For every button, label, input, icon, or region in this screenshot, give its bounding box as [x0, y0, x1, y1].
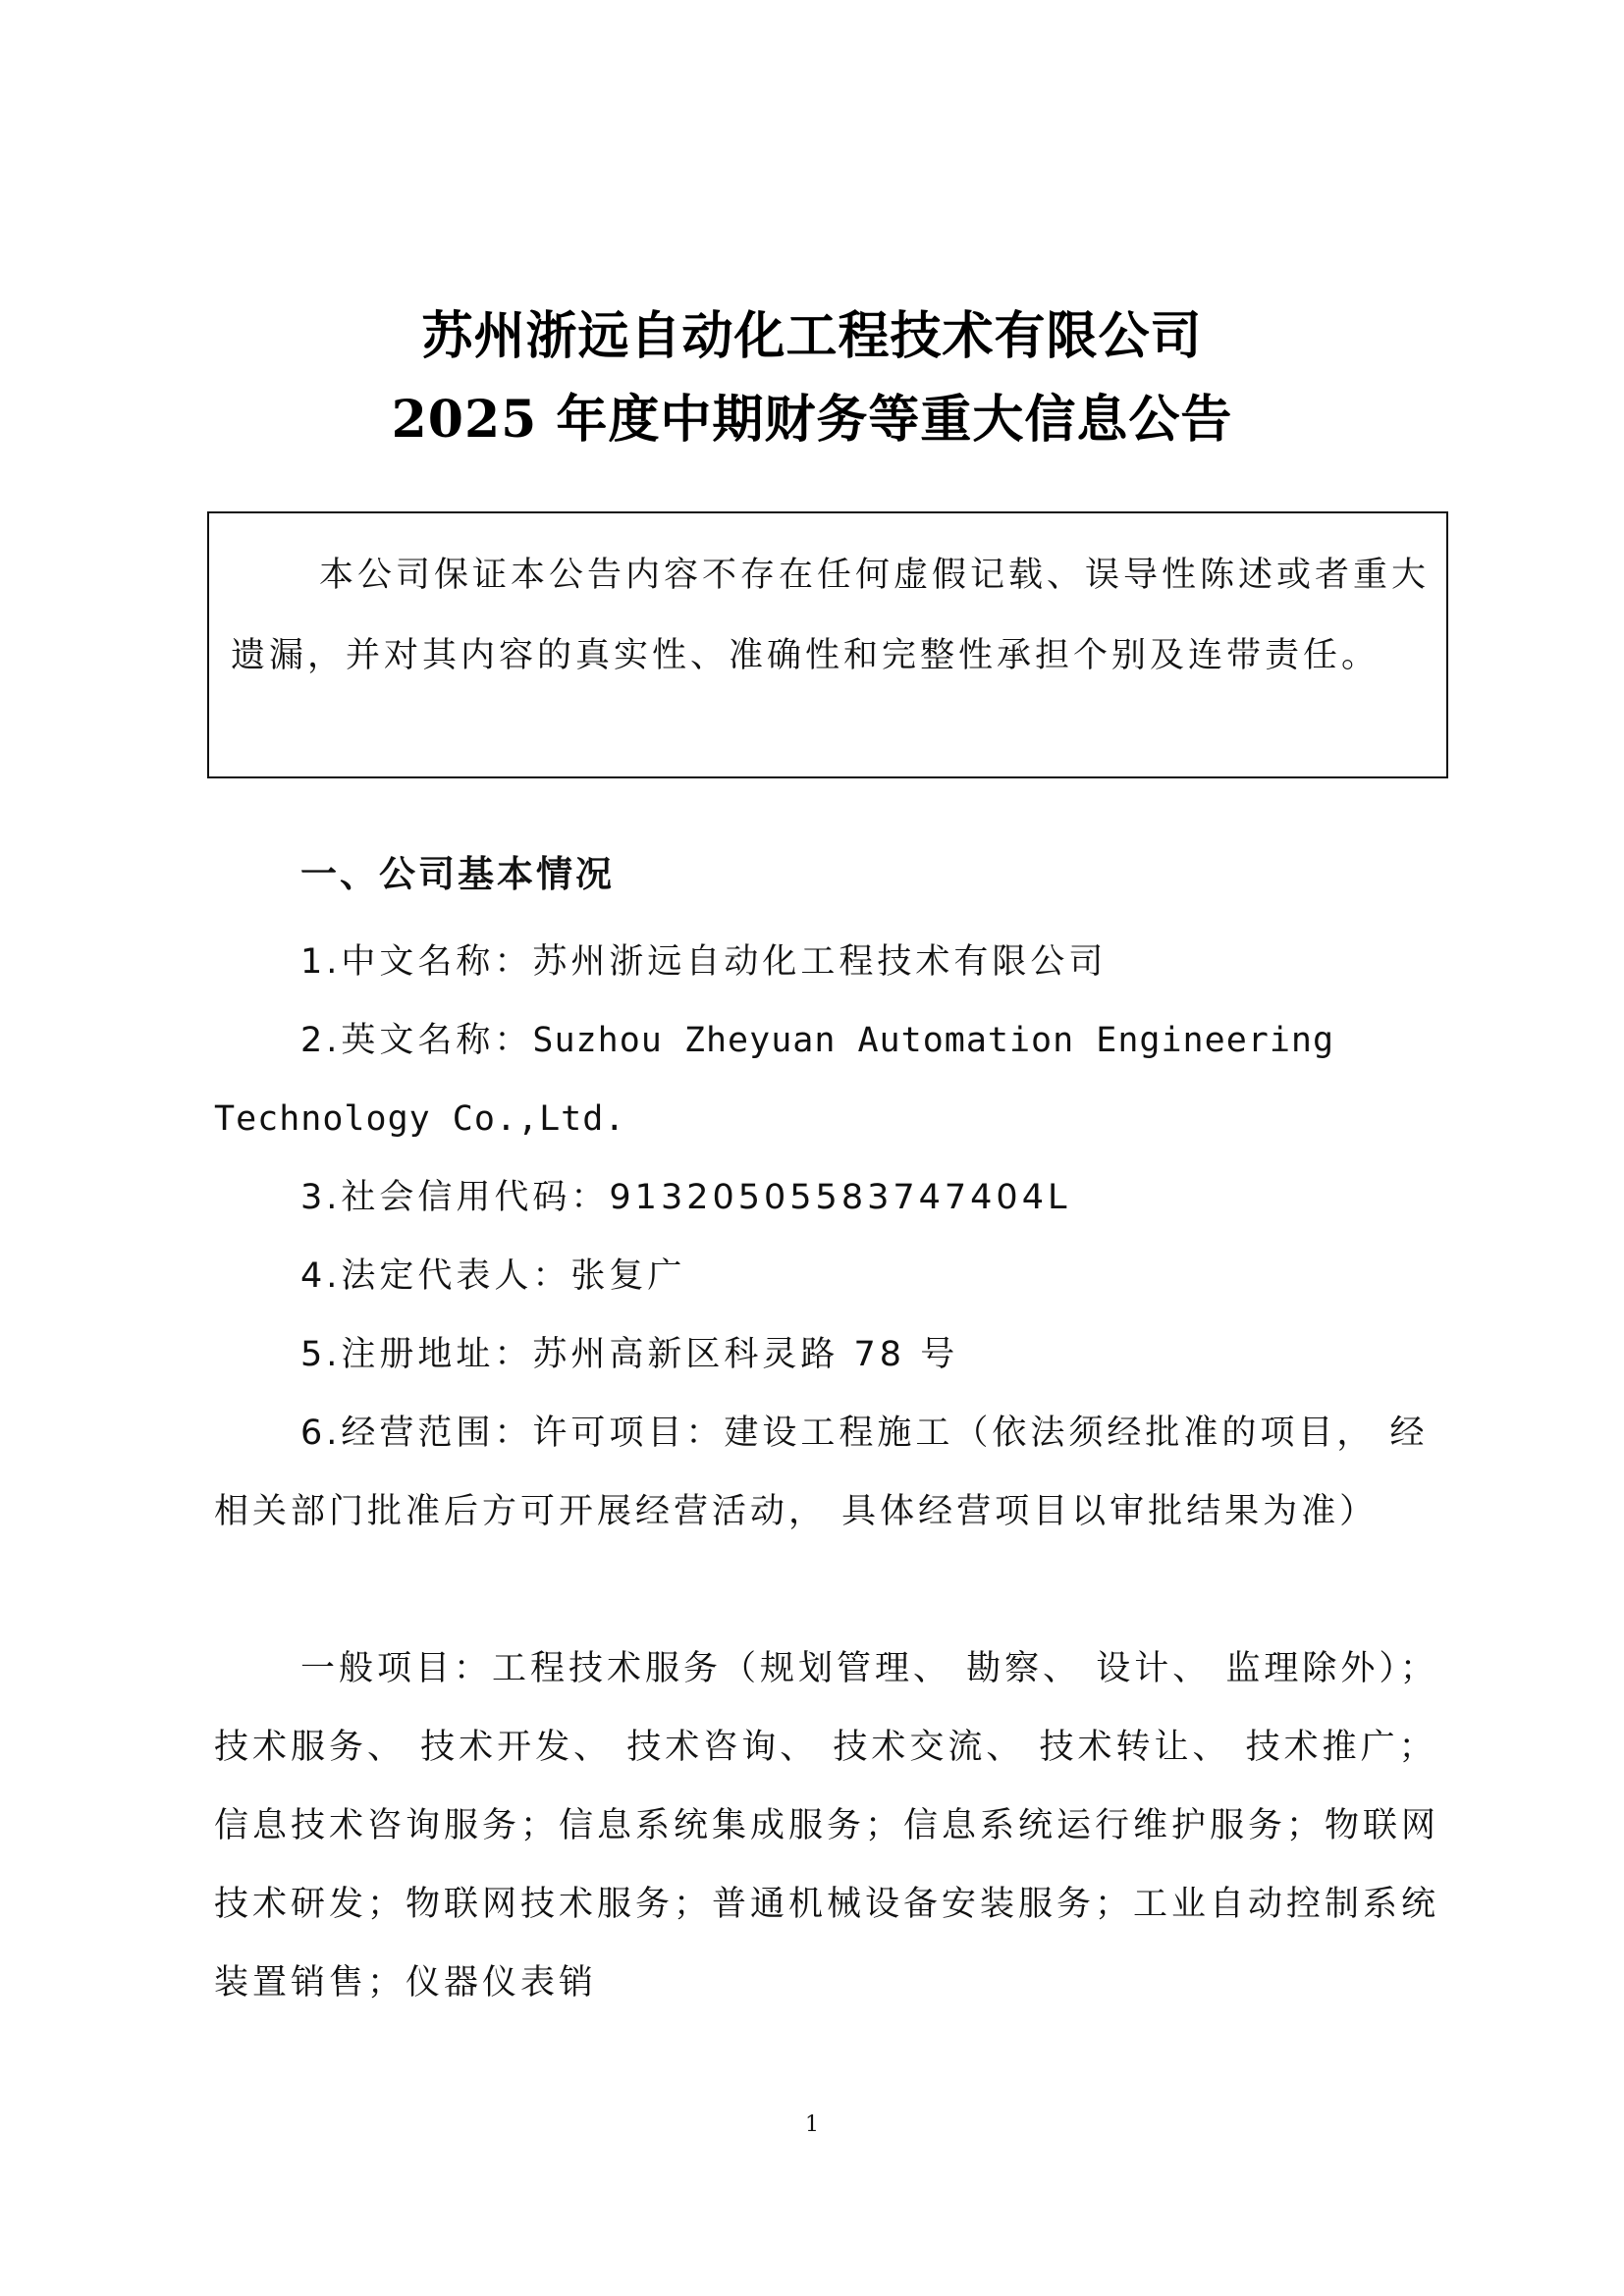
document-title-line2: 2025 年度中期财务等重大信息公告: [0, 378, 1624, 452]
section-heading-company-basics: 一、公司基本情况: [300, 844, 615, 897]
item-english-name: 2.英文名称：Suzhou Zheyuan Automation Enginee…: [214, 1001, 1453, 1158]
disclaimer-box: 本公司保证本公告内容不存在任何虚假记载、误导性陈述或者重大遗漏，并对其内容的真实…: [207, 511, 1448, 778]
item-general-scope: 一般项目：工程技术服务（规划管理、 勘察、 设计、 监理除外）；技术服务、 技术…: [214, 1629, 1453, 2022]
disclaimer-text: 本公司保证本公告内容不存在任何虚假记载、误导性陈述或者重大遗漏，并对其内容的真实…: [231, 535, 1438, 696]
item-credit-code: 3.社会信用代码：91320505583747404L: [214, 1158, 1453, 1237]
item-value: 苏州浙远自动化工程技术有限公司: [532, 942, 1107, 982]
item-value: 苏州高新区科灵路 78 号: [532, 1335, 958, 1374]
item-business-scope: 6.经营范围：许可项目：建设工程施工（依法须经批准的项目， 经相关部门批准后方可…: [214, 1394, 1453, 1551]
document-page: 苏州浙远自动化工程技术有限公司 2025 年度中期财务等重大信息公告 本公司保证…: [0, 0, 1624, 2296]
item-label: 3.社会信用代码：: [300, 1178, 609, 1217]
item-label: 6.经营范围：: [300, 1414, 532, 1453]
item-registered-address: 5.注册地址：苏州高新区科灵路 78 号: [214, 1315, 1453, 1394]
item-label: 1.中文名称：: [300, 942, 532, 982]
item-label: 2.英文名称：: [300, 1021, 532, 1060]
item-value: 91320505583747404L: [609, 1178, 1070, 1217]
item-label: 5.注册地址：: [300, 1335, 532, 1374]
item-value: 张复广: [570, 1256, 685, 1296]
page-number: 1: [0, 2112, 1624, 2137]
item-label: 4.法定代表人：: [300, 1256, 570, 1296]
item-legal-representative: 4.法定代表人：张复广: [214, 1237, 1453, 1315]
document-title-line1: 苏州浙远自动化工程技术有限公司: [0, 294, 1624, 368]
item-chinese-name: 1.中文名称：苏州浙远自动化工程技术有限公司: [214, 923, 1453, 1001]
